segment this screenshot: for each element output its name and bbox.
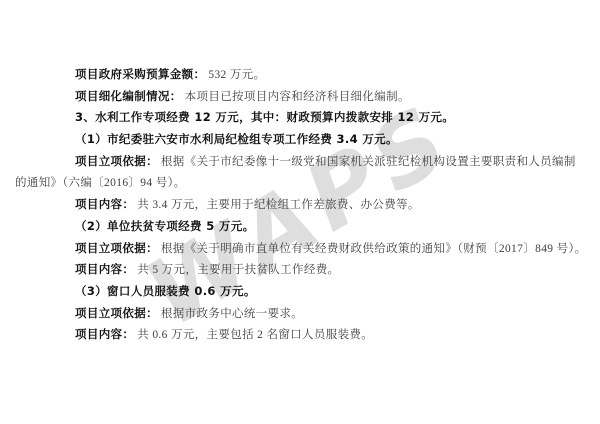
document-line: 项目立项依据：根据《关于明确市直单位有关经费财政供给政策的通知》（财预〔2017… bbox=[15, 238, 597, 260]
line-text: 的通知》（六编〔2016〕94 号）。 bbox=[15, 177, 186, 189]
document-line: （2）单位扶贫专项经费 5 万元。 bbox=[15, 216, 597, 238]
line-label: 项目立项依据： bbox=[75, 154, 158, 168]
line-label: 项目内容： bbox=[75, 197, 134, 211]
line-label: 3、水利工作专项经费 12 万元，其中：财政预算内拨款安排 12 万元。 bbox=[75, 110, 454, 124]
line-text: 共 0.6 万元，主要包括 2 名窗口人员服装费。 bbox=[137, 329, 373, 341]
line-text: 532 万元。 bbox=[208, 69, 265, 81]
line-label: 项目内容： bbox=[75, 262, 134, 276]
line-label: 项目内容： bbox=[75, 327, 134, 341]
document-line: 项目立项依据：根据《关于市纪委像十一级党和国家机关派驻纪检机构设置主要职责和人员… bbox=[15, 151, 597, 173]
line-text: 根据《关于明确市直单位有关经费财政供给政策的通知》（财预〔2017〕849 号）… bbox=[161, 243, 586, 255]
document-line: （3）窗口人员服装费 0.6 万元。 bbox=[15, 281, 597, 303]
line-text: 共 3.4 万元，主要用于纪检组工作差旅费、办公费等。 bbox=[137, 199, 420, 211]
document-line: 项目内容：共 5 万元，主要用于扶贫队工作经费。 bbox=[15, 259, 597, 281]
line-label: （1）市纪委驻六安市水利局纪检组专项工作经费 3.4 万元。 bbox=[75, 132, 398, 146]
line-label: 项目立项依据： bbox=[75, 306, 158, 320]
document-line: 项目内容：共 3.4 万元，主要用于纪检组工作差旅费、办公费等。 bbox=[15, 194, 597, 216]
line-text: 根据《关于市纪委像十一级党和国家机关派驻纪检机构设置主要职责和人员编制 bbox=[161, 156, 576, 168]
document-line: 项目内容：共 0.6 万元，主要包括 2 名窗口人员服装费。 bbox=[15, 324, 597, 346]
document-line: （1）市纪委驻六安市水利局纪检组专项工作经费 3.4 万元。 bbox=[15, 129, 597, 151]
document-line: 项目立项依据：根据市政务中心统一要求。 bbox=[15, 303, 597, 325]
line-label: （2）单位扶贫专项经费 5 万元。 bbox=[75, 219, 254, 233]
line-text: 共 5 万元，主要用于扶贫队工作经费。 bbox=[137, 264, 339, 276]
document-page: WAPS 项目政府采购预算金额：532 万元。 项目细化编制情况：本项目已按项目… bbox=[0, 0, 600, 424]
line-text: 根据市政务中心统一要求。 bbox=[161, 308, 303, 320]
line-label: 项目立项依据： bbox=[75, 241, 158, 255]
document-line: 项目政府采购预算金额：532 万元。 bbox=[15, 64, 597, 86]
document-line-wrapped: 的通知》（六编〔2016〕94 号）。 bbox=[15, 172, 597, 194]
document-line: 项目细化编制情况：本项目已按项目内容和经济科目细化编制。 bbox=[15, 86, 597, 108]
line-text: 本项目已按项目内容和经济科目细化编制。 bbox=[185, 91, 410, 103]
line-label: （3）窗口人员服装费 0.6 万元。 bbox=[75, 284, 256, 298]
document-line: 3、水利工作专项经费 12 万元，其中：财政预算内拨款安排 12 万元。 bbox=[15, 107, 597, 129]
document-content: 项目政府采购预算金额：532 万元。 项目细化编制情况：本项目已按项目内容和经济… bbox=[15, 64, 597, 346]
line-label: 项目细化编制情况： bbox=[75, 89, 182, 103]
line-label: 项目政府采购预算金额： bbox=[75, 67, 205, 81]
